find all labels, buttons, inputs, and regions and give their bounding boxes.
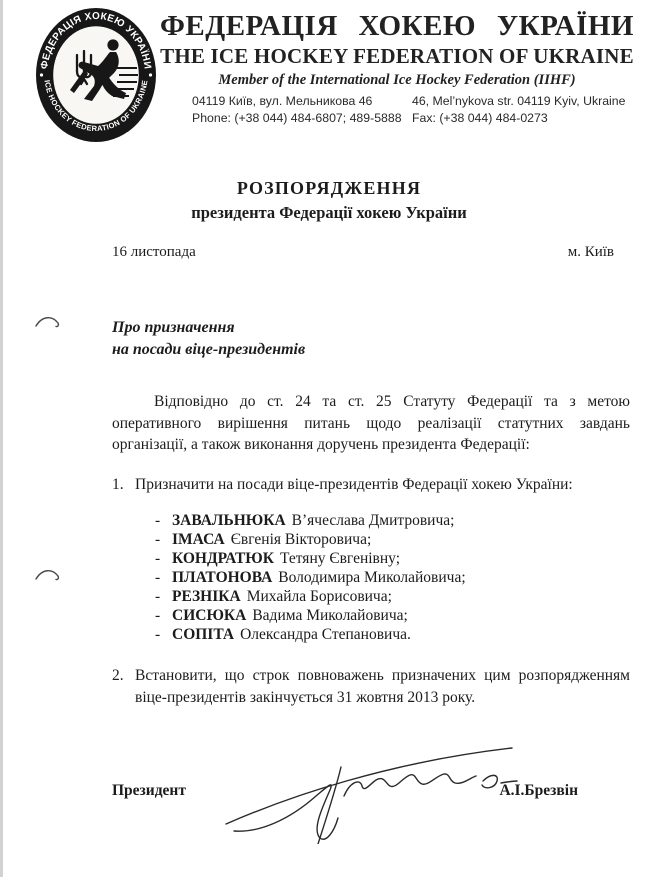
letterhead: ФЕДЕРАЦІЯ ХОКЕЮ УКРАЇНИ ICE HOCKEY FEDER… [0,0,658,142]
appointee-name: СОПІТАОлександра Степановича. [172,625,411,644]
appointee-given-names: Михайла Борисовича; [247,588,392,605]
appointee-given-names: Вадима Миколайовича; [252,607,407,624]
document-body: 16 листопада м. Київ Про призначення на … [112,244,630,800]
appointee-given-names: Тетяну Євгенівну; [280,550,400,567]
intro-paragraph: Відповідно до ст. 24 та ст. 25 Статуту Ф… [112,391,630,456]
ordered-item-2: 2. Встановити, що строк повноважень приз… [112,665,630,708]
appointee-name: КОНДРАТЮКТетяну Євгенівну; [172,549,400,568]
appointee-surname: ЗАВАЛЬНЮКА [172,512,286,529]
signature-name: А.І.Брезвін [499,782,578,800]
appointee-surname: КОНДРАТЮК [172,550,274,567]
list-dash: - [155,568,172,587]
document-subtitle: президента Федерації хокею України [0,203,658,223]
scanned-letter-page: ФЕДЕРАЦІЯ ХОКЕЮ УКРАЇНИ ICE HOCKEY FEDER… [0,0,658,877]
document-date: 16 листопада [112,244,196,261]
appointee-surname: РЕЗНІКА [172,588,241,605]
address-ukrainian: 04119 Київ, вул. Мельникова 46 [192,93,412,110]
appointee-name: ІМАСАЄвгенія Вікторовича; [172,530,371,549]
list-dash: - [155,587,172,606]
list-dash: - [155,625,172,644]
fax-line: Fax: (+38 044) 484-0273 [412,110,642,127]
appointee-row: - ПЛАТОНОВАВолодимира Миколайовича; [155,568,630,587]
appointee-given-names: Володимира Миколайовича; [278,569,465,586]
contact-block: 04119 Київ, вул. Мельникова 46 Phone: (+… [152,93,642,127]
appointee-name: ПЛАТОНОВАВолодимира Миколайовича; [172,568,466,587]
scan-arc-mark-top [34,313,60,329]
logo-ring-dot-right [149,73,152,76]
org-name-ukrainian: ФЕДЕРАЦІЯ ХОКЕЮ УКРАЇНИ [152,10,642,43]
document-place: м. Київ [568,244,630,261]
appointee-row: - КОНДРАТЮКТетяну Євгенівну; [155,549,630,568]
subject-line-1: Про призначення [112,317,630,339]
appointee-name: СИСЮКАВадима Миколайовича; [172,606,408,625]
list-dash: - [155,530,172,549]
date-row: 16 листопада м. Київ [112,244,630,261]
list-dash: - [155,511,172,530]
federation-logo: ФЕДЕРАЦІЯ ХОКЕЮ УКРАЇНИ ICE HOCKEY FEDER… [33,6,159,144]
appointee-given-names: В’ячеслава Дмитровича; [292,512,455,529]
appointee-surname: ІМАСА [172,531,225,548]
appointee-given-names: Олександра Степановича. [240,626,411,643]
item-2-number: 2. [112,665,135,708]
appointee-row: - СИСЮКАВадима Миколайовича; [155,606,630,625]
appointee-surname: ПЛАТОНОВА [172,569,272,586]
signature-title: Президент [112,782,186,800]
appointee-name: ЗАВАЛЬНЮКАВ’ячеслава Дмитровича; [172,511,454,530]
appointee-row: - ЗАВАЛЬНЮКАВ’ячеслава Дмитровича; [155,511,630,530]
subject-line-2: на посади віце-президентів [112,339,630,361]
item-1-number: 1. [112,474,135,496]
appointee-row: - СОПІТАОлександра Степановича. [155,625,630,644]
appointee-name: РЕЗНІКАМихайла Борисовича; [172,587,392,606]
contact-column-left: 04119 Київ, вул. Мельникова 46 Phone: (+… [192,93,412,127]
signature-row: Президент А.І.Брезвін [112,782,630,800]
scan-arc-mark-bottom [34,566,60,582]
appointees-list: - ЗАВАЛЬНЮКАВ’ячеслава Дмитровича; - ІМА… [155,511,630,644]
appointee-surname: СИСЮКА [172,607,246,624]
subject-block: Про призначення на посади віце-президент… [112,317,630,361]
list-dash: - [155,549,172,568]
appointee-surname: СОПІТА [172,626,234,643]
item-2-text: Встановити, що строк повноважень признач… [135,665,630,708]
appointee-row: - РЕЗНІКАМихайла Борисовича; [155,587,630,606]
appointee-row: - ІМАСАЄвгенія Вікторовича; [155,530,630,549]
handwritten-signature [220,734,520,844]
phone-line: Phone: (+38 044) 484-6807; 489-5888 [192,110,412,127]
document-title: РОЗПОРЯДЖЕННЯ [0,178,658,199]
logo-ring-dot-left [40,73,43,76]
org-name-english: THE ICE HOCKEY FEDERATION OF UKRAINE [152,44,642,69]
contact-column-right: 46, Mel’nykova str. 04119 Kyiv, Ukraine … [412,93,642,127]
appointee-given-names: Євгенія Вікторовича; [231,531,372,548]
membership-line: Member of the International Ice Hockey F… [152,72,642,89]
ordered-item-1: 1. Призначити на посади віце-президентів… [112,474,630,496]
item-1-text: Призначити на посади віце-президентів Фе… [135,474,630,496]
list-dash: - [155,606,172,625]
address-english: 46, Mel’nykova str. 04119 Kyiv, Ukraine [412,93,642,110]
